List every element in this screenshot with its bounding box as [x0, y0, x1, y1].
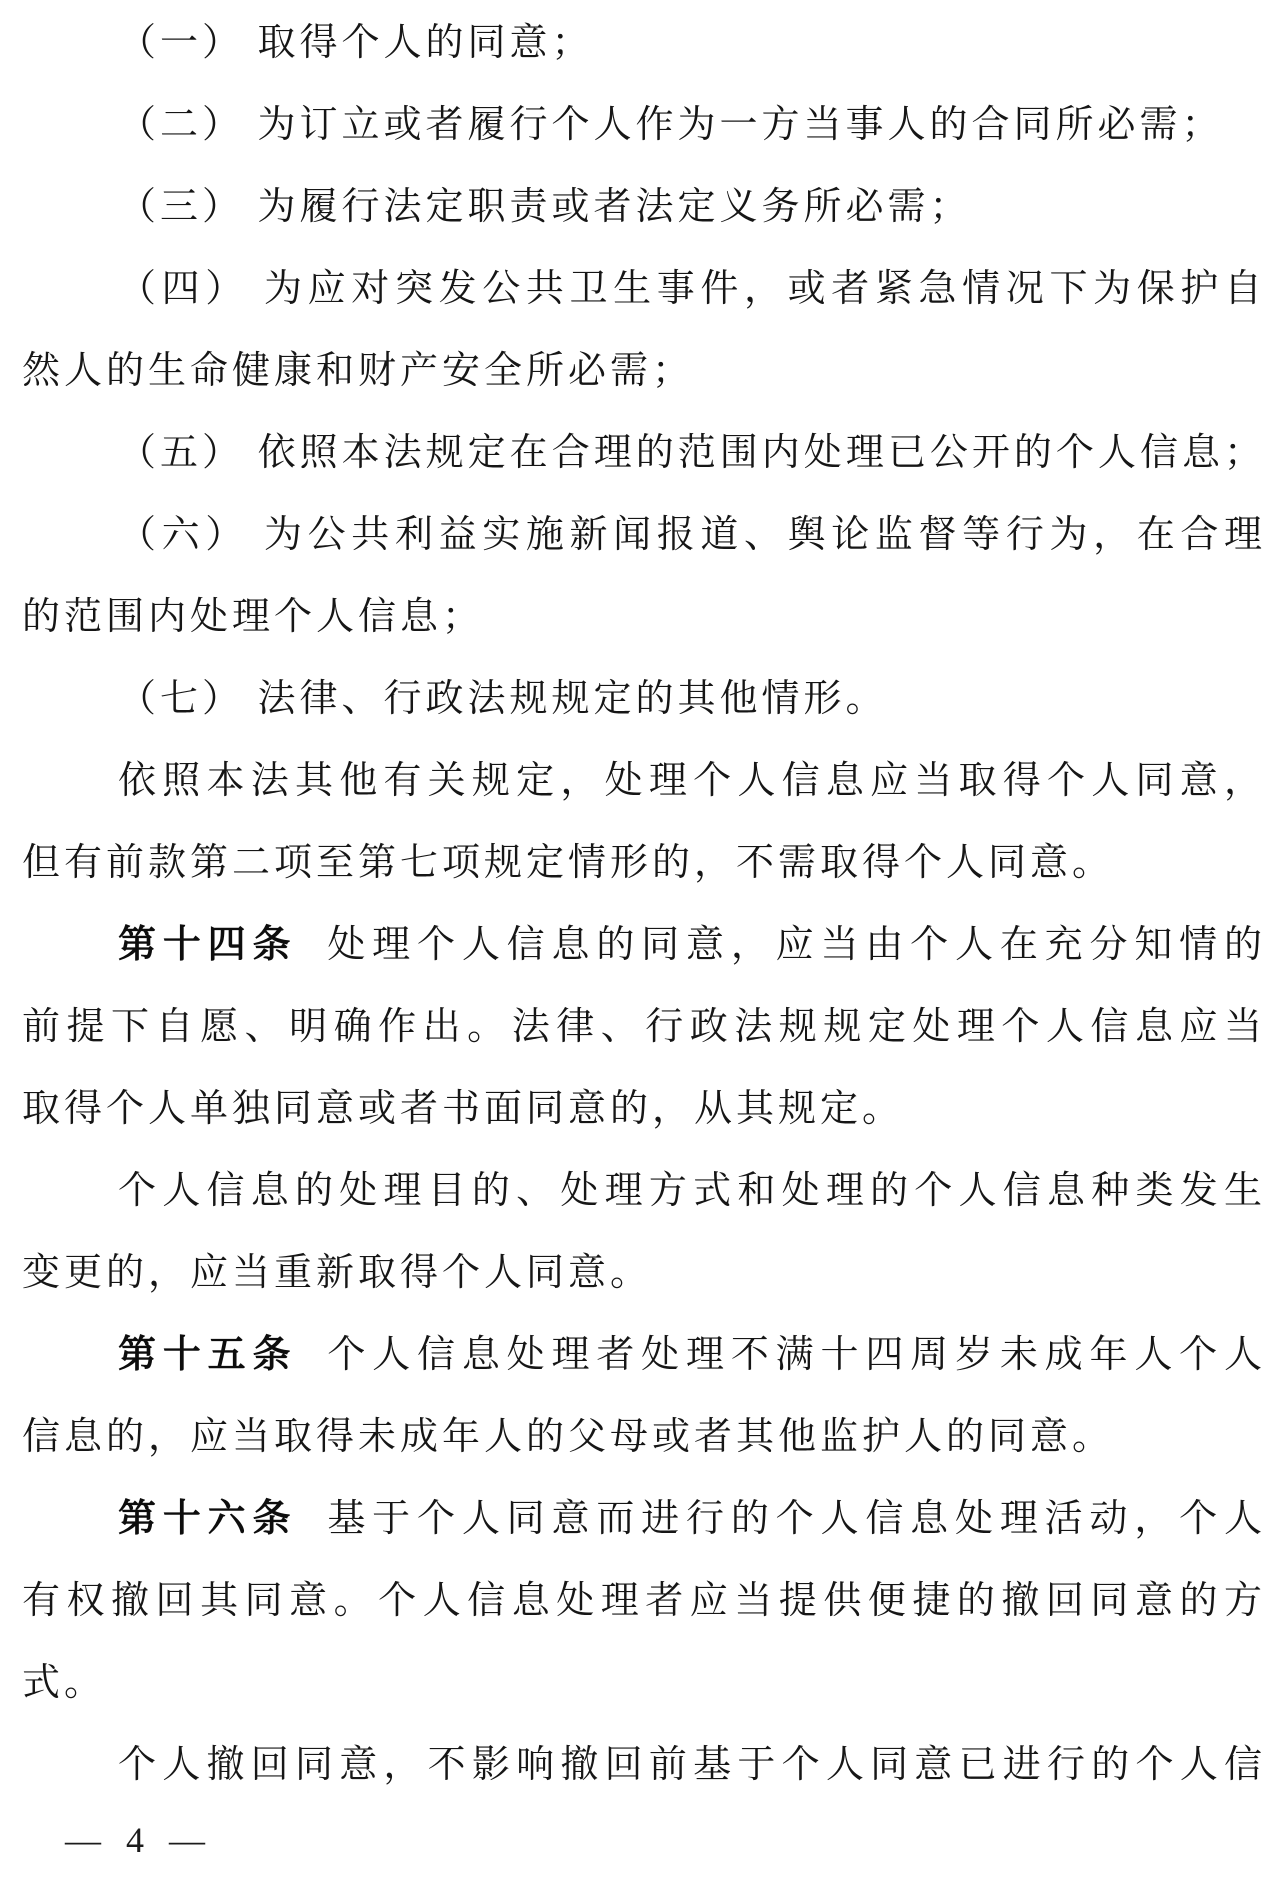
document-line: 式。 — [22, 1642, 1266, 1724]
document-line: 第十六条基于个人同意而进行的个人信息处理活动，个人 — [22, 1478, 1266, 1560]
document-line: 但有前款第二项至第七项规定情形的，不需取得个人同意。 — [22, 822, 1266, 904]
document-line: （七） 法律、行政法规规定的其他情形。 — [22, 658, 1266, 740]
article-heading-15: 第十五条 — [118, 1334, 297, 1376]
article-text: 基于个人同意而进行的个人信息处理活动，个人 — [327, 1498, 1266, 1540]
document-page: （一） 取得个人的同意； （二） 为订立或者履行个人作为一方当事人的合同所必需；… — [0, 0, 1278, 1889]
document-line: 个人信息的处理目的、处理方式和处理的个人信息种类发生 — [22, 1150, 1266, 1232]
document-line: 取得个人单独同意或者书面同意的，从其规定。 — [22, 1068, 1266, 1150]
document-line: （四） 为应对突发公共卫生事件，或者紧急情况下为保护自 — [22, 248, 1266, 330]
document-line: （二） 为订立或者履行个人作为一方当事人的合同所必需； — [22, 84, 1266, 166]
document-line: （六） 为公共利益实施新闻报道、舆论监督等行为，在合理 — [22, 494, 1266, 576]
document-line: 信息的，应当取得未成年人的父母或者其他监护人的同意。 — [22, 1396, 1266, 1478]
document-line: （一） 取得个人的同意； — [22, 2, 1266, 84]
article-heading-14: 第十四条 — [118, 924, 297, 966]
article-text: 处理个人信息的同意，应当由个人在充分知情的 — [327, 924, 1266, 966]
document-line: 有权撤回其同意。个人信息处理者应当提供便捷的撤回同意的方 — [22, 1560, 1266, 1642]
document-line: （三） 为履行法定职责或者法定义务所必需； — [22, 166, 1266, 248]
document-line: 依照本法其他有关规定，处理个人信息应当取得个人同意， — [22, 740, 1266, 822]
article-heading-16: 第十六条 — [118, 1498, 297, 1540]
document-line: 的范围内处理个人信息； — [22, 576, 1266, 658]
document-line: 第十五条个人信息处理者处理不满十四周岁未成年人个人 — [22, 1314, 1266, 1396]
document-line: 变更的，应当重新取得个人同意。 — [22, 1232, 1266, 1314]
page-footer: —4— — [65, 1820, 1266, 1860]
article-text: 个人信息处理者处理不满十四周岁未成年人个人 — [327, 1334, 1266, 1376]
page-number: 4 — [126, 1820, 145, 1860]
footer-dash-left: — — [65, 1820, 102, 1860]
document-line: 第十四条处理个人信息的同意，应当由个人在充分知情的 — [22, 904, 1266, 986]
document-line: （五） 依照本法规定在合理的范围内处理已公开的个人信息； — [22, 412, 1266, 494]
document-line: 个人撤回同意，不影响撤回前基于个人同意已进行的个人信 — [22, 1724, 1266, 1806]
document-line: 然人的生命健康和财产安全所必需； — [22, 330, 1266, 412]
document-line: 前提下自愿、明确作出。法律、行政法规规定处理个人信息应当 — [22, 986, 1266, 1068]
footer-dash-right: — — [169, 1820, 206, 1860]
